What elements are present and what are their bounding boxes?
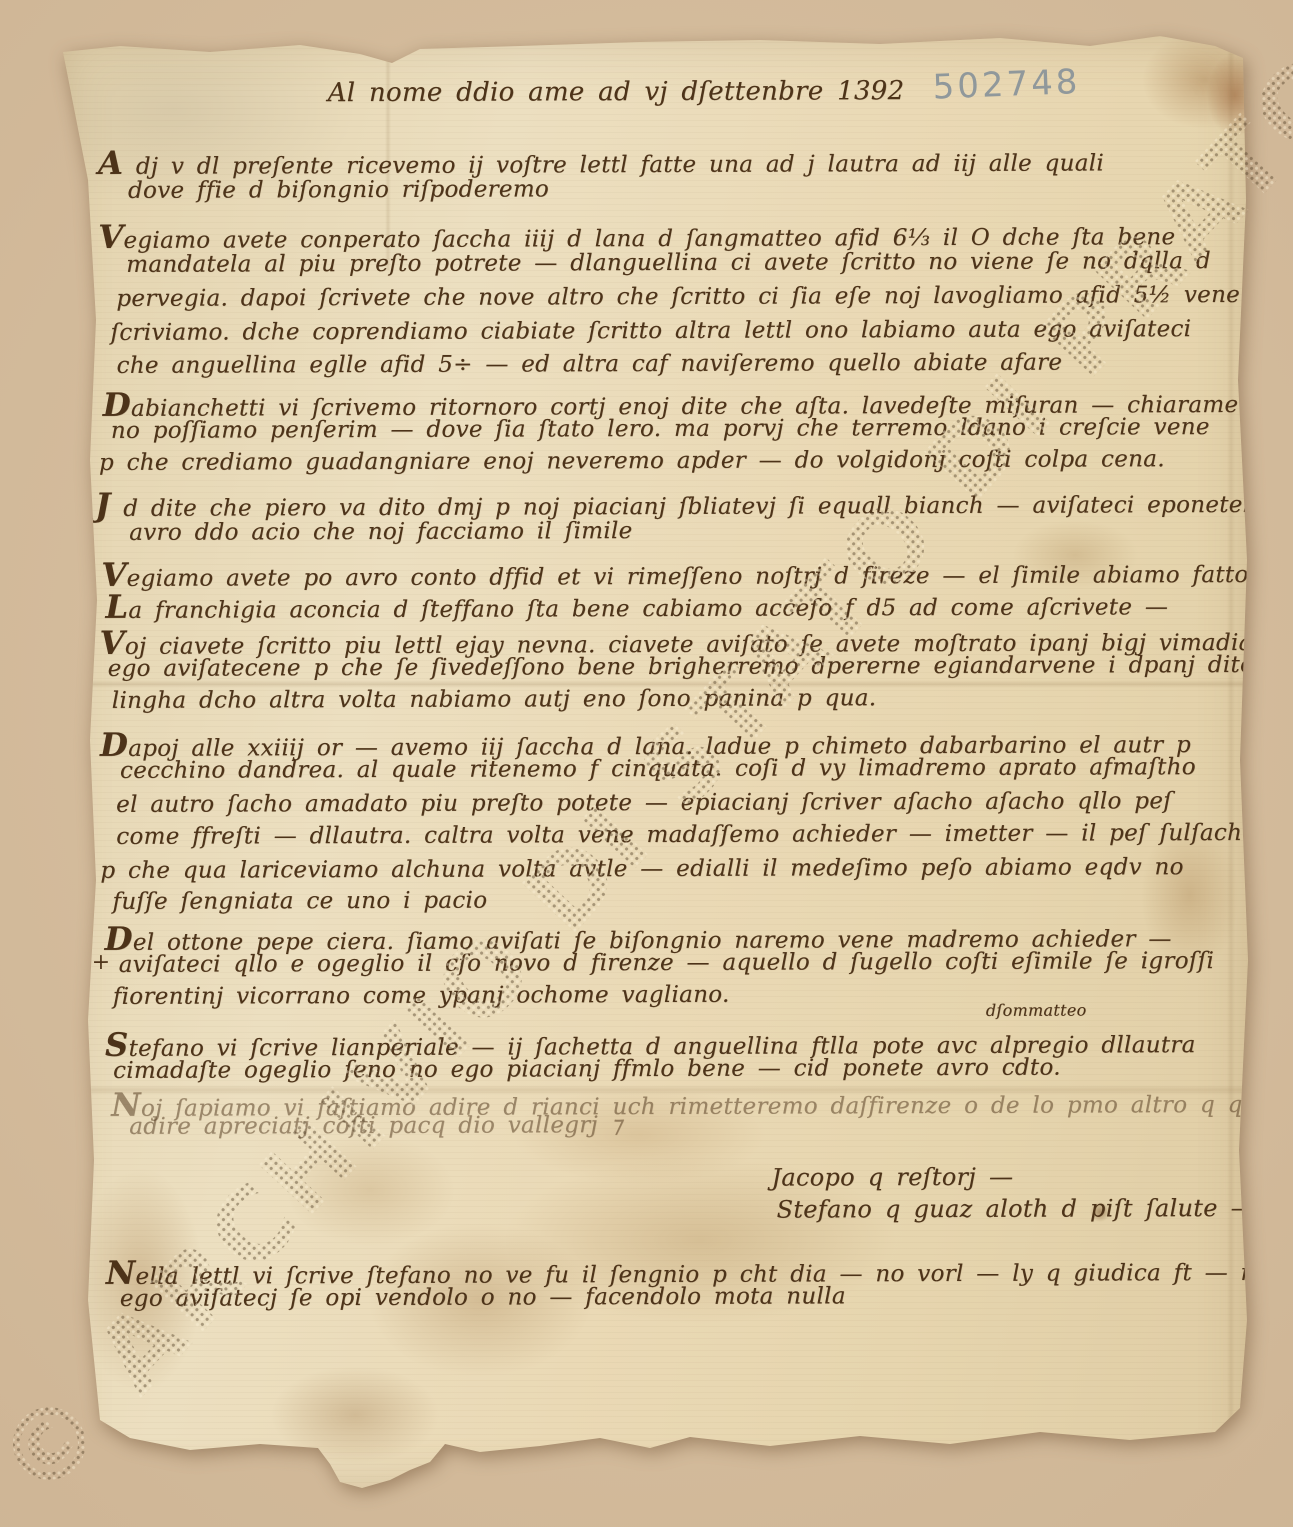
manuscript-line: come ffreſti — dllautra. caltra volta ve… (116, 820, 1263, 850)
manuscript-line: lingha dcho altra volta nabiamo autj eno… (112, 685, 877, 714)
handwritten-text-layer: Al nome ddio ame ad vj dſettenbre 1392 5… (52, 28, 1257, 1497)
manuscript-line: fiorentinj vicorrano come ypanj ochome v… (113, 982, 730, 1010)
manuscript-line: aviſateci qllo e ogeglio il cſo novo d f… (119, 948, 1215, 978)
manuscript-line: pervegia. dapoi ſcrivete che nove altro … (116, 282, 1240, 312)
manuscript-line: p che crediamo guadangniare enoj neverem… (99, 446, 1165, 476)
manuscript-line-faded: adire apreciatj coſti pacq dio vallegrj … (129, 1112, 622, 1140)
manuscript-line: el autro ſacho amadato piu preſto potete… (116, 788, 1172, 818)
scan-root: { "scan": { "description": "Scanned medi… (0, 0, 1293, 1527)
archive-number: 502748 (932, 62, 1081, 108)
manuscript-line: cimadaſte ogeglio ſeno no ego piacianj f… (113, 1055, 1061, 1084)
manuscript-line: ſcriviamo. dche coprendiamo ciabiate ſcr… (110, 316, 1191, 346)
letter-sheet: Al nome ddio ame ad vj dſettenbre 1392 5… (55, 30, 1255, 1495)
signature-line: Jacopo q reſtorj — (771, 1163, 1013, 1192)
manuscript-line: avro ddo acio che noj facciamo il ſimile (129, 518, 632, 546)
manuscript-line: mandatela al piu preſto potrete — dlangu… (126, 248, 1211, 278)
margin-cross-mark: + (92, 950, 111, 975)
manuscript-line: p che qua lariceviamo alchuna volta avtl… (100, 854, 1183, 884)
manuscript-line: fuſſe ſengniata ce uno i pacio (112, 888, 487, 915)
manuscript-line: no poſſiamo penſerim — dove ſia ſtato le… (111, 414, 1210, 444)
signature-line: Stefano q guaz aloth d piſt ſalute — (777, 1194, 1255, 1224)
manuscript-line: J d dite che piero va dito dmj p noj pia… (95, 482, 1265, 524)
manuscript-line: che anguellina eglle afid 5÷ — ed altra … (117, 350, 1063, 379)
manuscript-line: A dj v dl preſente ricevemo ij voſtre le… (98, 140, 1104, 182)
interline-note: dſommatteo (986, 1000, 1087, 1019)
paper-surface: Al nome ddio ame ad vj dſettenbre 1392 5… (55, 30, 1255, 1495)
manuscript-line: cecchino dandrea. al quale ritenemo f ci… (120, 754, 1196, 784)
manuscript-line: La franchigia aconcia d ſteffano ſta ben… (105, 584, 1168, 626)
dateline: Al nome ddio ame ad vj dſettenbre 1392 (328, 76, 905, 108)
postscript-line: ego aviſatecj ſe opi vendolo o no — face… (120, 1283, 846, 1312)
manuscript-line: ego aviſatecene p che ſe ſivedeſſono ben… (108, 652, 1282, 682)
manuscript-line: dove ffie d biſongnio riſpoderemo (128, 176, 549, 203)
